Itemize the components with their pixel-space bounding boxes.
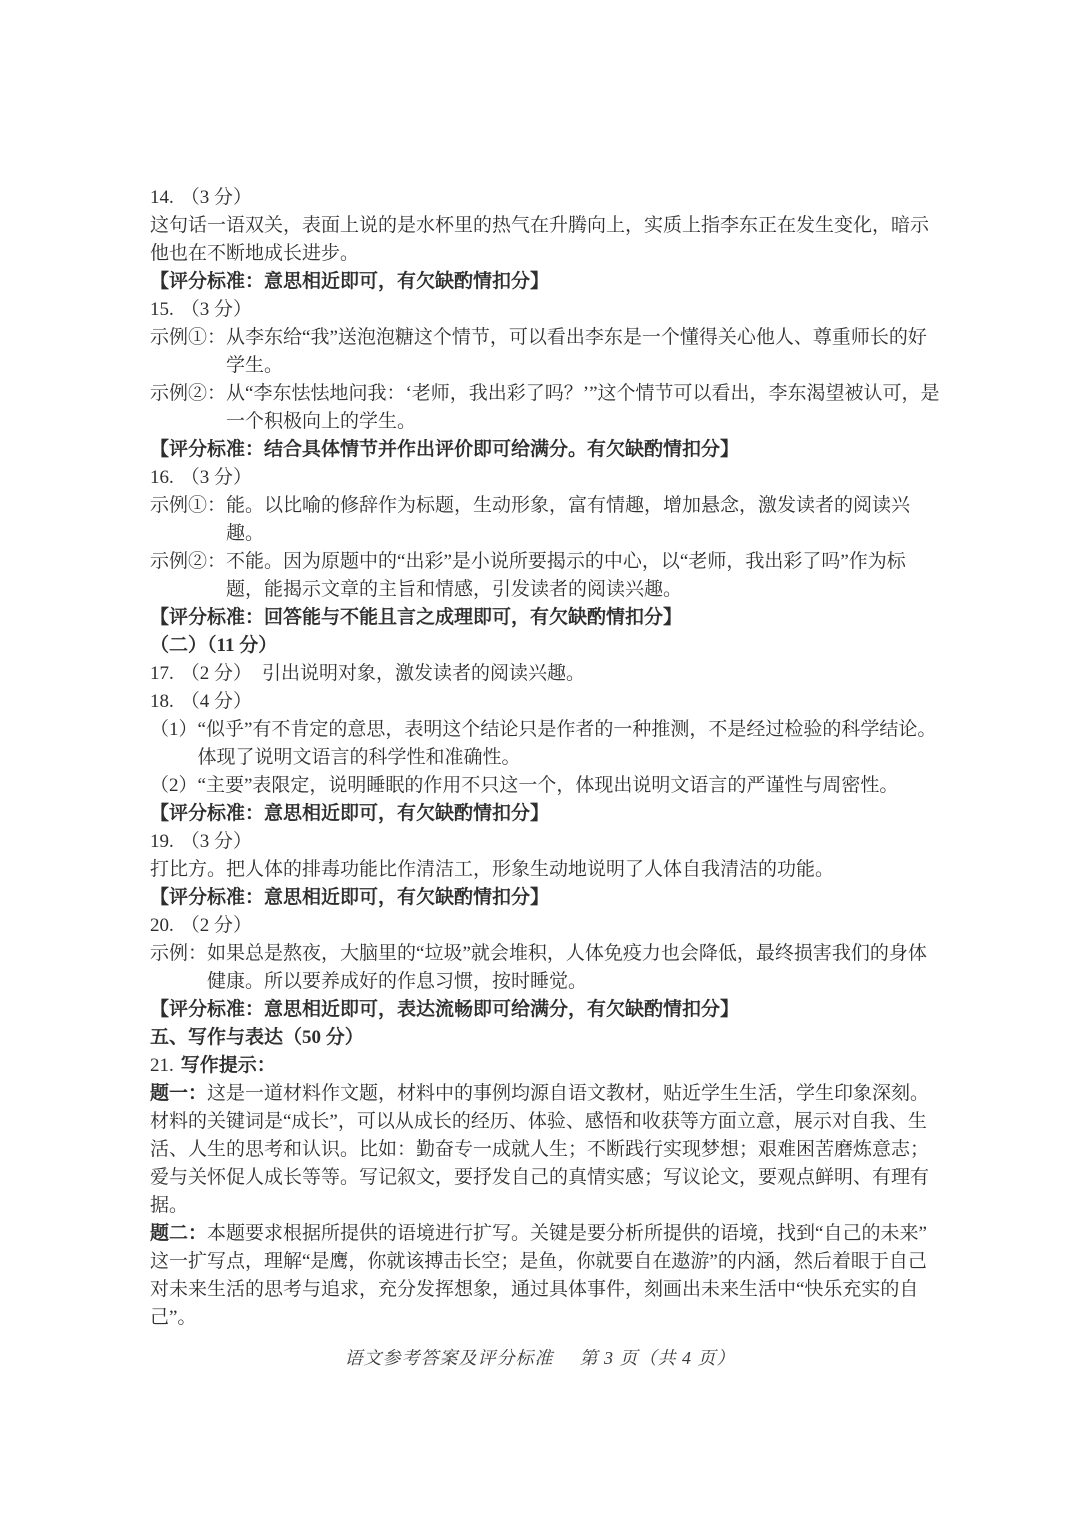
item-number: 18. [150,691,174,712]
example-label: 示例①： [150,324,226,380]
item-heading: 15.（3 分） [150,296,942,324]
example-row: 示例①： 从李东给“我”送泡泡糖这个情节，可以看出李东是一个懂得关心他人、尊重师… [150,324,942,380]
item-heading: 21.写作提示： [150,1052,942,1080]
item-number: 15. [150,299,174,320]
sub-answer-label: （2） [150,772,198,800]
topic-two-paragraph: 题二：本题要求根据所提供的语境进行扩写。关键是要分析所提供的语境，找到“自己的未… [150,1220,942,1332]
answer-item-14: 14.（3 分） 这句话一语双关，表面上说的是水杯里的热气在升腾向上，实质上指李… [150,184,942,296]
answer-text: 这句话一语双关，表面上说的是水杯里的热气在升腾向上，实质上指李东正在发生变化，暗… [150,212,942,268]
item-number: 14. [150,187,174,208]
example-text: 如果总是熬夜，大脑里的“垃圾”就会堆积，人体免疫力也会降低，最终损害我们的身体健… [207,940,942,996]
scoring-rubric: 【评分标准：意思相近即可，表达流畅即可给满分，有欠缺酌情扣分】 [150,996,942,1024]
scoring-rubric: 【评分标准：意思相近即可，有欠缺酌情扣分】 [150,884,942,912]
sub-answer-label: （1） [150,716,198,772]
item-heading: 18.（4 分） [150,688,942,716]
item-score: （2 分） [181,663,252,684]
example-row: 示例①： 能。以比喻的修辞作为标题，生动形象，富有情趣，增加悬念，激发读者的阅读… [150,492,942,548]
answer-item-16: 16.（3 分） 示例①： 能。以比喻的修辞作为标题，生动形象，富有情趣，增加悬… [150,464,942,632]
example-row: 示例②： 不能。因为原题中的“出彩”是小说所要揭示的中心，以“老师，我出彩了吗”… [150,548,942,604]
answer-sheet-content: 14.（3 分） 这句话一语双关，表面上说的是水杯里的热气在升腾向上，实质上指李… [150,184,942,1332]
example-text: 能。以比喻的修辞作为标题，生动形象，富有情趣，增加悬念，激发读者的阅读兴趣。 [226,492,942,548]
item-number: 21. [150,1055,174,1076]
footer-page-number: 第 3 页（共 4 页） [580,1348,736,1368]
topic-label: 题一： [150,1083,207,1104]
answer-item-18: 18.（4 分） （1） “似乎”有不肯定的意思，表明这个结论只是作者的一种推测… [150,688,942,828]
example-label: 示例②： [150,380,226,436]
item-number: 20. [150,915,174,936]
example-label: 示例①： [150,492,226,548]
example-label: 示例： [150,940,207,996]
answer-item-19: 19.（3 分） 打比方。把人体的排毒功能比作清洁工，形象生动地说明了人体自我清… [150,828,942,912]
page-footer: 语文参考答案及评分标准第 3 页（共 4 页） [0,1344,1080,1370]
topic-text: 这是一道材料作文题，材料中的事例均源自语文教材，贴近学生生活，学生印象深刻。材料… [150,1083,929,1216]
example-text: 从“李东怯怯地问我：‘老师，我出彩了吗？’”这个情节可以看出，李东渴望被认可，是… [226,380,942,436]
scoring-rubric: 【评分标准：意思相近即可，有欠缺酌情扣分】 [150,268,942,296]
item-number: 17. [150,663,174,684]
sub-answer-row: （1） “似乎”有不肯定的意思，表明这个结论只是作者的一种推测，不是经过检验的科… [150,716,942,772]
scoring-rubric: 【评分标准：结合具体情节并作出评价即可给满分。有欠缺酌情扣分】 [150,436,942,464]
section-heading-5: 五、写作与表达（50 分） [150,1024,942,1052]
answer-item-15: 15.（3 分） 示例①： 从李东给“我”送泡泡糖这个情节，可以看出李东是一个懂… [150,296,942,464]
item-score: （4 分） [181,691,252,712]
topic-one-paragraph: 题一：这是一道材料作文题，材料中的事例均源自语文教材，贴近学生生活，学生印象深刻… [150,1080,942,1220]
example-row: 示例： 如果总是熬夜，大脑里的“垃圾”就会堆积，人体免疫力也会降低，最终损害我们… [150,940,942,996]
item-score: （3 分） [181,831,252,852]
item-score: （2 分） [181,915,252,936]
item-heading: 14.（3 分） [150,184,942,212]
item-heading: 17.（2 分）引出说明对象，激发读者的阅读兴趣。 [150,660,942,688]
scoring-rubric: 【评分标准：意思相近即可，有欠缺酌情扣分】 [150,800,942,828]
example-row: 示例②： 从“李东怯怯地问我：‘老师，我出彩了吗？’”这个情节可以看出，李东渴望… [150,380,942,436]
topic-text: 本题要求根据所提供的语境进行扩写。关键是要分析所提供的语境，找到“自己的未来”这… [150,1223,927,1328]
answer-text: 打比方。把人体的排毒功能比作清洁工，形象生动地说明了人体自我清洁的功能。 [150,856,942,884]
section-heading-2: （二）（11 分） [150,632,942,660]
answer-text: 引出说明对象，激发读者的阅读兴趣。 [262,663,585,684]
item-heading: 20.（2 分） [150,912,942,940]
item-score: （3 分） [181,187,252,208]
example-label: 示例②： [150,548,226,604]
example-text: 不能。因为原题中的“出彩”是小说所要揭示的中心，以“老师，我出彩了吗”作为标题，… [226,548,942,604]
sub-answer-text: “主要”表限定，说明睡眠的作用不只这一个，体现出说明文语言的严谨性与周密性。 [198,772,942,800]
sub-answer-row: （2） “主要”表限定，说明睡眠的作用不只这一个，体现出说明文语言的严谨性与周密… [150,772,942,800]
item-number: 16. [150,467,174,488]
example-text: 从李东给“我”送泡泡糖这个情节，可以看出李东是一个懂得关心他人、尊重师长的好学生… [226,324,942,380]
answer-item-17: 17.（2 分）引出说明对象，激发读者的阅读兴趣。 [150,660,942,688]
item-score: （3 分） [181,467,252,488]
item-title: 写作提示： [181,1055,276,1076]
topic-label: 题二： [150,1223,207,1244]
item-score: （3 分） [181,299,252,320]
item-number: 19. [150,831,174,852]
scoring-rubric: 【评分标准：回答能与不能且言之成理即可，有欠缺酌情扣分】 [150,604,942,632]
sub-answer-text: “似乎”有不肯定的意思，表明这个结论只是作者的一种推测，不是经过检验的科学结论。… [198,716,942,772]
item-heading: 19.（3 分） [150,828,942,856]
footer-document-title: 语文参考答案及评分标准 [345,1348,554,1368]
item-heading: 16.（3 分） [150,464,942,492]
document-page: 14.（3 分） 这句话一语双关，表面上说的是水杯里的热气在升腾向上，实质上指李… [0,0,1080,1527]
answer-item-21: 21.写作提示： 题一：这是一道材料作文题，材料中的事例均源自语文教材，贴近学生… [150,1052,942,1332]
answer-item-20: 20.（2 分） 示例： 如果总是熬夜，大脑里的“垃圾”就会堆积，人体免疫力也会… [150,912,942,1024]
